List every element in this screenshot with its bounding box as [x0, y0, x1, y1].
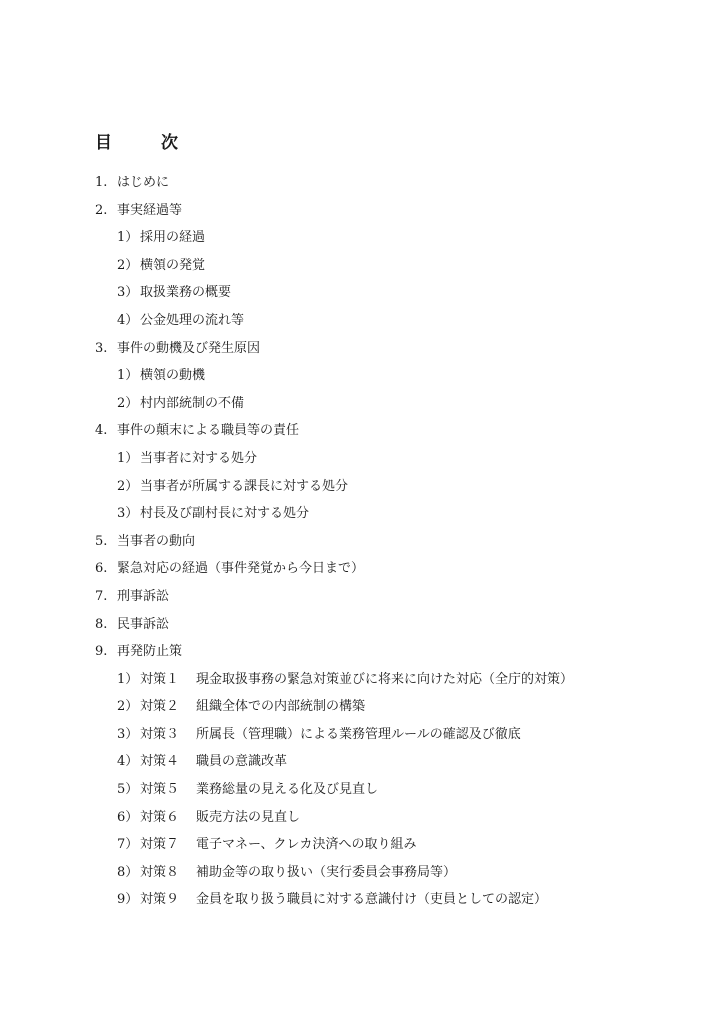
toc-title: 目 次	[95, 131, 194, 155]
measure-label: 対策４	[140, 751, 179, 773]
toc-subitem-number: 4）	[117, 751, 138, 773]
toc-subitem: 2）当事者が所属する課長に対する処分	[0, 476, 724, 504]
toc-subitem-text: 村長及び副村長に対する処分	[140, 503, 309, 525]
toc-subitem-number: 3）	[117, 724, 138, 746]
toc-subitem-number: 1）	[117, 669, 138, 691]
toc-subitem-number: 6）	[117, 807, 138, 829]
document-page: 目 次 1.はじめに 2.事実経過等 1）採用の経過 2）横領の発覚 3）取扱業…	[0, 0, 724, 1024]
toc-subitem: 2）村内部統制の不備	[0, 393, 724, 421]
toc-item-text: 刑事訴訟	[117, 586, 169, 608]
toc-item-number: 6.	[95, 558, 107, 580]
measure-label: 対策５	[140, 779, 179, 801]
toc-item: 7.刑事訴訟	[0, 586, 724, 614]
toc-item-number: 1.	[95, 172, 107, 194]
toc-subitem-text: 販売方法の見直し	[196, 807, 300, 829]
toc-subitem-number: 4）	[117, 310, 138, 332]
toc-item-number: 5.	[95, 531, 107, 553]
toc-subitem-number: 5）	[117, 779, 138, 801]
toc-subitem: 3）取扱業務の概要	[0, 282, 724, 310]
toc-subitem-text: 横領の発覚	[140, 255, 205, 277]
measure-label: 対策３	[140, 724, 179, 746]
toc-subitem-text: 当事者に対する処分	[140, 448, 257, 470]
toc-subitem-text: 職員の意識改革	[196, 751, 287, 773]
toc-subitem-number: 1）	[117, 448, 138, 470]
toc-subitem-text: 当事者が所属する課長に対する処分	[140, 476, 348, 498]
toc-subitem-number: 3）	[117, 503, 138, 525]
toc-measure-item: 7）対策７電子マネー、クレカ決済への取り組み	[0, 834, 724, 862]
toc-item-number: 9.	[95, 641, 107, 663]
toc-subitem-text: 採用の経過	[140, 227, 205, 249]
toc-subitem-number: 2）	[117, 393, 138, 415]
toc-subitem-number: 2）	[117, 476, 138, 498]
toc-subitem-text: 公金処理の流れ等	[140, 310, 244, 332]
toc-item: 6.緊急対応の経過（事件発覚から今日まで）	[0, 558, 724, 586]
measure-label: 対策８	[140, 862, 179, 884]
toc-item: 2.事実経過等	[0, 200, 724, 228]
toc-item-text: 事実経過等	[117, 200, 182, 222]
toc-subitem: 1）採用の経過	[0, 227, 724, 255]
toc-item-text: 緊急対応の経過（事件発覚から今日まで）	[117, 558, 364, 580]
toc-measure-item: 4）対策４職員の意識改革	[0, 751, 724, 779]
measure-label: 対策６	[140, 807, 179, 829]
toc-subitem-number: 2）	[117, 696, 138, 718]
toc-subitem-number: 1）	[117, 227, 138, 249]
toc-subitem-text: 横領の動機	[140, 365, 205, 387]
toc-item: 8.民事訴訟	[0, 614, 724, 642]
toc-item-text: 事件の動機及び発生原因	[117, 338, 260, 360]
toc-item-number: 2.	[95, 200, 107, 222]
toc-subitem-number: 2）	[117, 255, 138, 277]
toc-item-text: はじめに	[117, 172, 169, 194]
toc-subitem-number: 9）	[117, 889, 138, 911]
measure-label: 対策１	[140, 669, 179, 691]
toc-item: 1.はじめに	[0, 172, 724, 200]
toc-item-number: 3.	[95, 338, 107, 360]
toc-measure-item: 8）対策８補助金等の取り扱い（実行委員会事務局等）	[0, 862, 724, 890]
toc-measure-item: 6）対策６販売方法の見直し	[0, 807, 724, 835]
toc-subitem-text: 村内部統制の不備	[140, 393, 244, 415]
toc-item: 3.事件の動機及び発生原因	[0, 338, 724, 366]
toc-item: 4.事件の顛末による職員等の責任	[0, 420, 724, 448]
toc-subitem-number: 3）	[117, 282, 138, 304]
toc-subitem-number: 7）	[117, 834, 138, 856]
toc-item: 5.当事者の動向	[0, 531, 724, 559]
toc-subitem-text: 現金取扱事務の緊急対策並びに将来に向けた対応（全庁的対策）	[196, 669, 573, 691]
toc-subitem-text: 所属長（管理職）による業務管理ルールの確認及び徹底	[196, 724, 521, 746]
toc-measure-item: 1）対策１現金取扱事務の緊急対策並びに将来に向けた対応（全庁的対策）	[0, 669, 724, 697]
toc-measure-item: 3）対策３所属長（管理職）による業務管理ルールの確認及び徹底	[0, 724, 724, 752]
toc-subitem: 1）横領の動機	[0, 365, 724, 393]
toc-item-text: 民事訴訟	[117, 614, 169, 636]
toc-subitem-text: 電子マネー、クレカ決済への取り組み	[196, 834, 416, 856]
measure-label: 対策７	[140, 834, 179, 856]
toc-list: 1.はじめに 2.事実経過等 1）採用の経過 2）横領の発覚 3）取扱業務の概要…	[0, 172, 724, 917]
toc-subitem-number: 8）	[117, 862, 138, 884]
toc-item-text: 当事者の動向	[117, 531, 195, 553]
toc-subitem-text: 組織全体での内部統制の構築	[196, 696, 365, 718]
toc-subitem-text: 補助金等の取り扱い（実行委員会事務局等）	[196, 862, 456, 884]
toc-item-number: 7.	[95, 586, 107, 608]
toc-item-text: 事件の顛末による職員等の責任	[117, 420, 299, 442]
measure-label: 対策２	[140, 696, 179, 718]
toc-measure-item: 9）対策９金員を取り扱う職員に対する意識付け（吏員としての認定）	[0, 889, 724, 917]
toc-measure-item: 2）対策２組織全体での内部統制の構築	[0, 696, 724, 724]
toc-item-number: 8.	[95, 614, 107, 636]
toc-subitem-text: 取扱業務の概要	[140, 282, 231, 304]
toc-subitem-text: 業務総量の見える化及び見直し	[196, 779, 378, 801]
toc-subitem: 2）横領の発覚	[0, 255, 724, 283]
toc-subitem-number: 1）	[117, 365, 138, 387]
measure-label: 対策９	[140, 889, 179, 911]
toc-item: 9.再発防止策	[0, 641, 724, 669]
toc-item-number: 4.	[95, 420, 107, 442]
toc-measure-item: 5）対策５業務総量の見える化及び見直し	[0, 779, 724, 807]
toc-subitem: 3）村長及び副村長に対する処分	[0, 503, 724, 531]
toc-subitem: 1）当事者に対する処分	[0, 448, 724, 476]
toc-subitem-text: 金員を取り扱う職員に対する意識付け（吏員としての認定）	[196, 889, 547, 911]
toc-item-text: 再発防止策	[117, 641, 182, 663]
toc-subitem: 4）公金処理の流れ等	[0, 310, 724, 338]
